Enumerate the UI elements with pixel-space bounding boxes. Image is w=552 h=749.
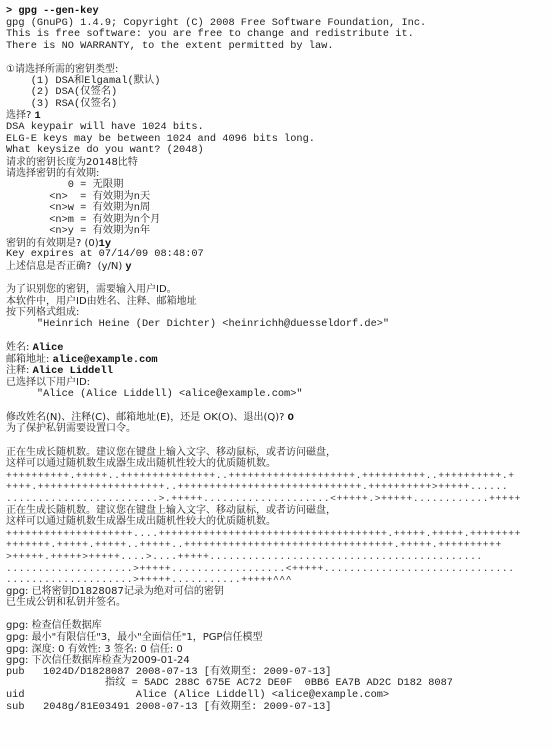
change-line: 修改姓名(N)、注释(C)、邮箱地址(E)，还是 OK(O)、退出(Q)? O [6,412,552,424]
entropy-message: 这样可以通过随机数生成器生成出随机性较大的优质随机数。 [6,458,552,470]
command-line: > gpg --gen-key [6,6,552,18]
trustdb-line: gpg: 深度: 0 有效性: 3 签名: 0 信任: 0 [6,644,552,656]
entropy-output: ....................>+++++..............… [6,563,552,575]
key-listing-uid: uid Alice (Alice Liddell) <alice@example… [6,690,552,702]
confirm-line: 上述信息是否正确? (y/N) y [6,261,552,273]
name-line: 姓名: Alice [6,342,552,354]
comment-value: Alice Liddell [33,365,113,377]
email-label: 邮箱地址: [6,354,53,365]
entropy-output: ++++++++++.+++++..+++++++++++++++..+++++… [6,470,552,482]
trust-line: gpg: 已将密钥D1828087记录为绝对可信的密钥 [6,586,552,598]
validity-option: 0 = 无限期 [6,180,552,192]
entropy-message: 正在生成长随机数。建议您在键盘上输入文字、移动鼠标，或者访问磁盘， [6,447,552,459]
name-value: Alice [33,342,64,354]
entropy-message: 这样可以通过随机数生成器生成出随机性较大的优质随机数。 [6,516,552,528]
entropy-output: >+++++.+++++>+++++....>....+++++........… [6,551,552,563]
terminal-window[interactable]: > gpg --gen-key gpg (GnuPG) 1.4.9; Copyr… [0,0,552,749]
comment-line: 注释: Alice Liddell [6,365,552,377]
change-value: O [288,412,294,424]
trustdb-line: gpg: 最小"有限信任"3，最小"全面信任"1，PGP信任模型 [6,632,552,644]
passphrase-line: 为了保护私钥需要设置口令。 [6,423,552,435]
expires-line: Key expires at 07/14/09 08:48:07 [6,249,552,261]
keysize-line: What keysize do you want? (2048) [6,145,552,157]
userid-intro: 本软件中，用户ID由姓名、注释、邮箱地址 [6,296,552,308]
email-line: 邮箱地址: alice@example.com [6,354,552,366]
entropy-output: ++++++++++++++++++++....++++++++++++++++… [6,528,552,540]
comment-label: 注释: [6,365,33,376]
trust-line: 已生成公钥和私钥并签名。 [6,597,552,609]
email-value: alice@example.com [53,354,158,366]
userid-intro: 为了识别您的密钥，需要输入用户ID。 [6,284,552,296]
selected-uid-label: 已选择以下用户ID: [6,377,552,389]
userid-example: "Heinrich Heine (Der Dichter) <heinrichh… [6,319,552,331]
confirm-prompt: 上述信息是否正确? (y/N) [6,261,125,272]
entropy-output: +++++++.+++++.+++++..+++++..++++++++++++… [6,539,552,551]
key-type-option: (2) DSA(仅签名) [6,87,552,99]
validity-prompt: 密钥的有效期是? (0) [6,238,99,249]
key-listing-sub: sub 2048g/81E03491 2008-07-13 [有效期至: 200… [6,702,552,714]
confirm-value: y [125,261,131,273]
entropy-output: ........................>.+++++.........… [6,493,552,505]
entropy-output: ....................>+++++...........+++… [6,574,552,586]
validity-option: <n>y = 有效期为n年 [6,226,552,238]
key-type-prompt: ①请选择所需的密钥类型: [6,64,552,76]
entropy-output: ++++.++++++++++++++++++++..+++++++++++++… [6,481,552,493]
banner-line: There is NO WARRANTY, to the extent perm… [6,41,552,53]
trustdb-line: gpg: 检查信任数据库 [6,620,552,632]
select-prompt: 选择? [6,110,35,121]
name-label: 姓名: [6,342,33,353]
key-type-option: (3) RSA(仅签名) [6,99,552,111]
validity-option: <n>w = 有效期为n周 [6,203,552,215]
keysize-line: 请求的密钥长度为20148比特 [6,157,552,169]
change-prompt: 修改姓名(N)、注释(C)、邮箱地址(E)，还是 OK(O)、退出(Q)? [6,412,288,423]
keysize-line: DSA keypair will have 1024 bits. [6,122,552,134]
entropy-message: 正在生成长随机数。建议您在键盘上输入文字、移动鼠标，或者访问磁盘， [6,505,552,517]
selected-uid-value: "Alice (Alice Liddell) <alice@example.co… [6,389,552,401]
